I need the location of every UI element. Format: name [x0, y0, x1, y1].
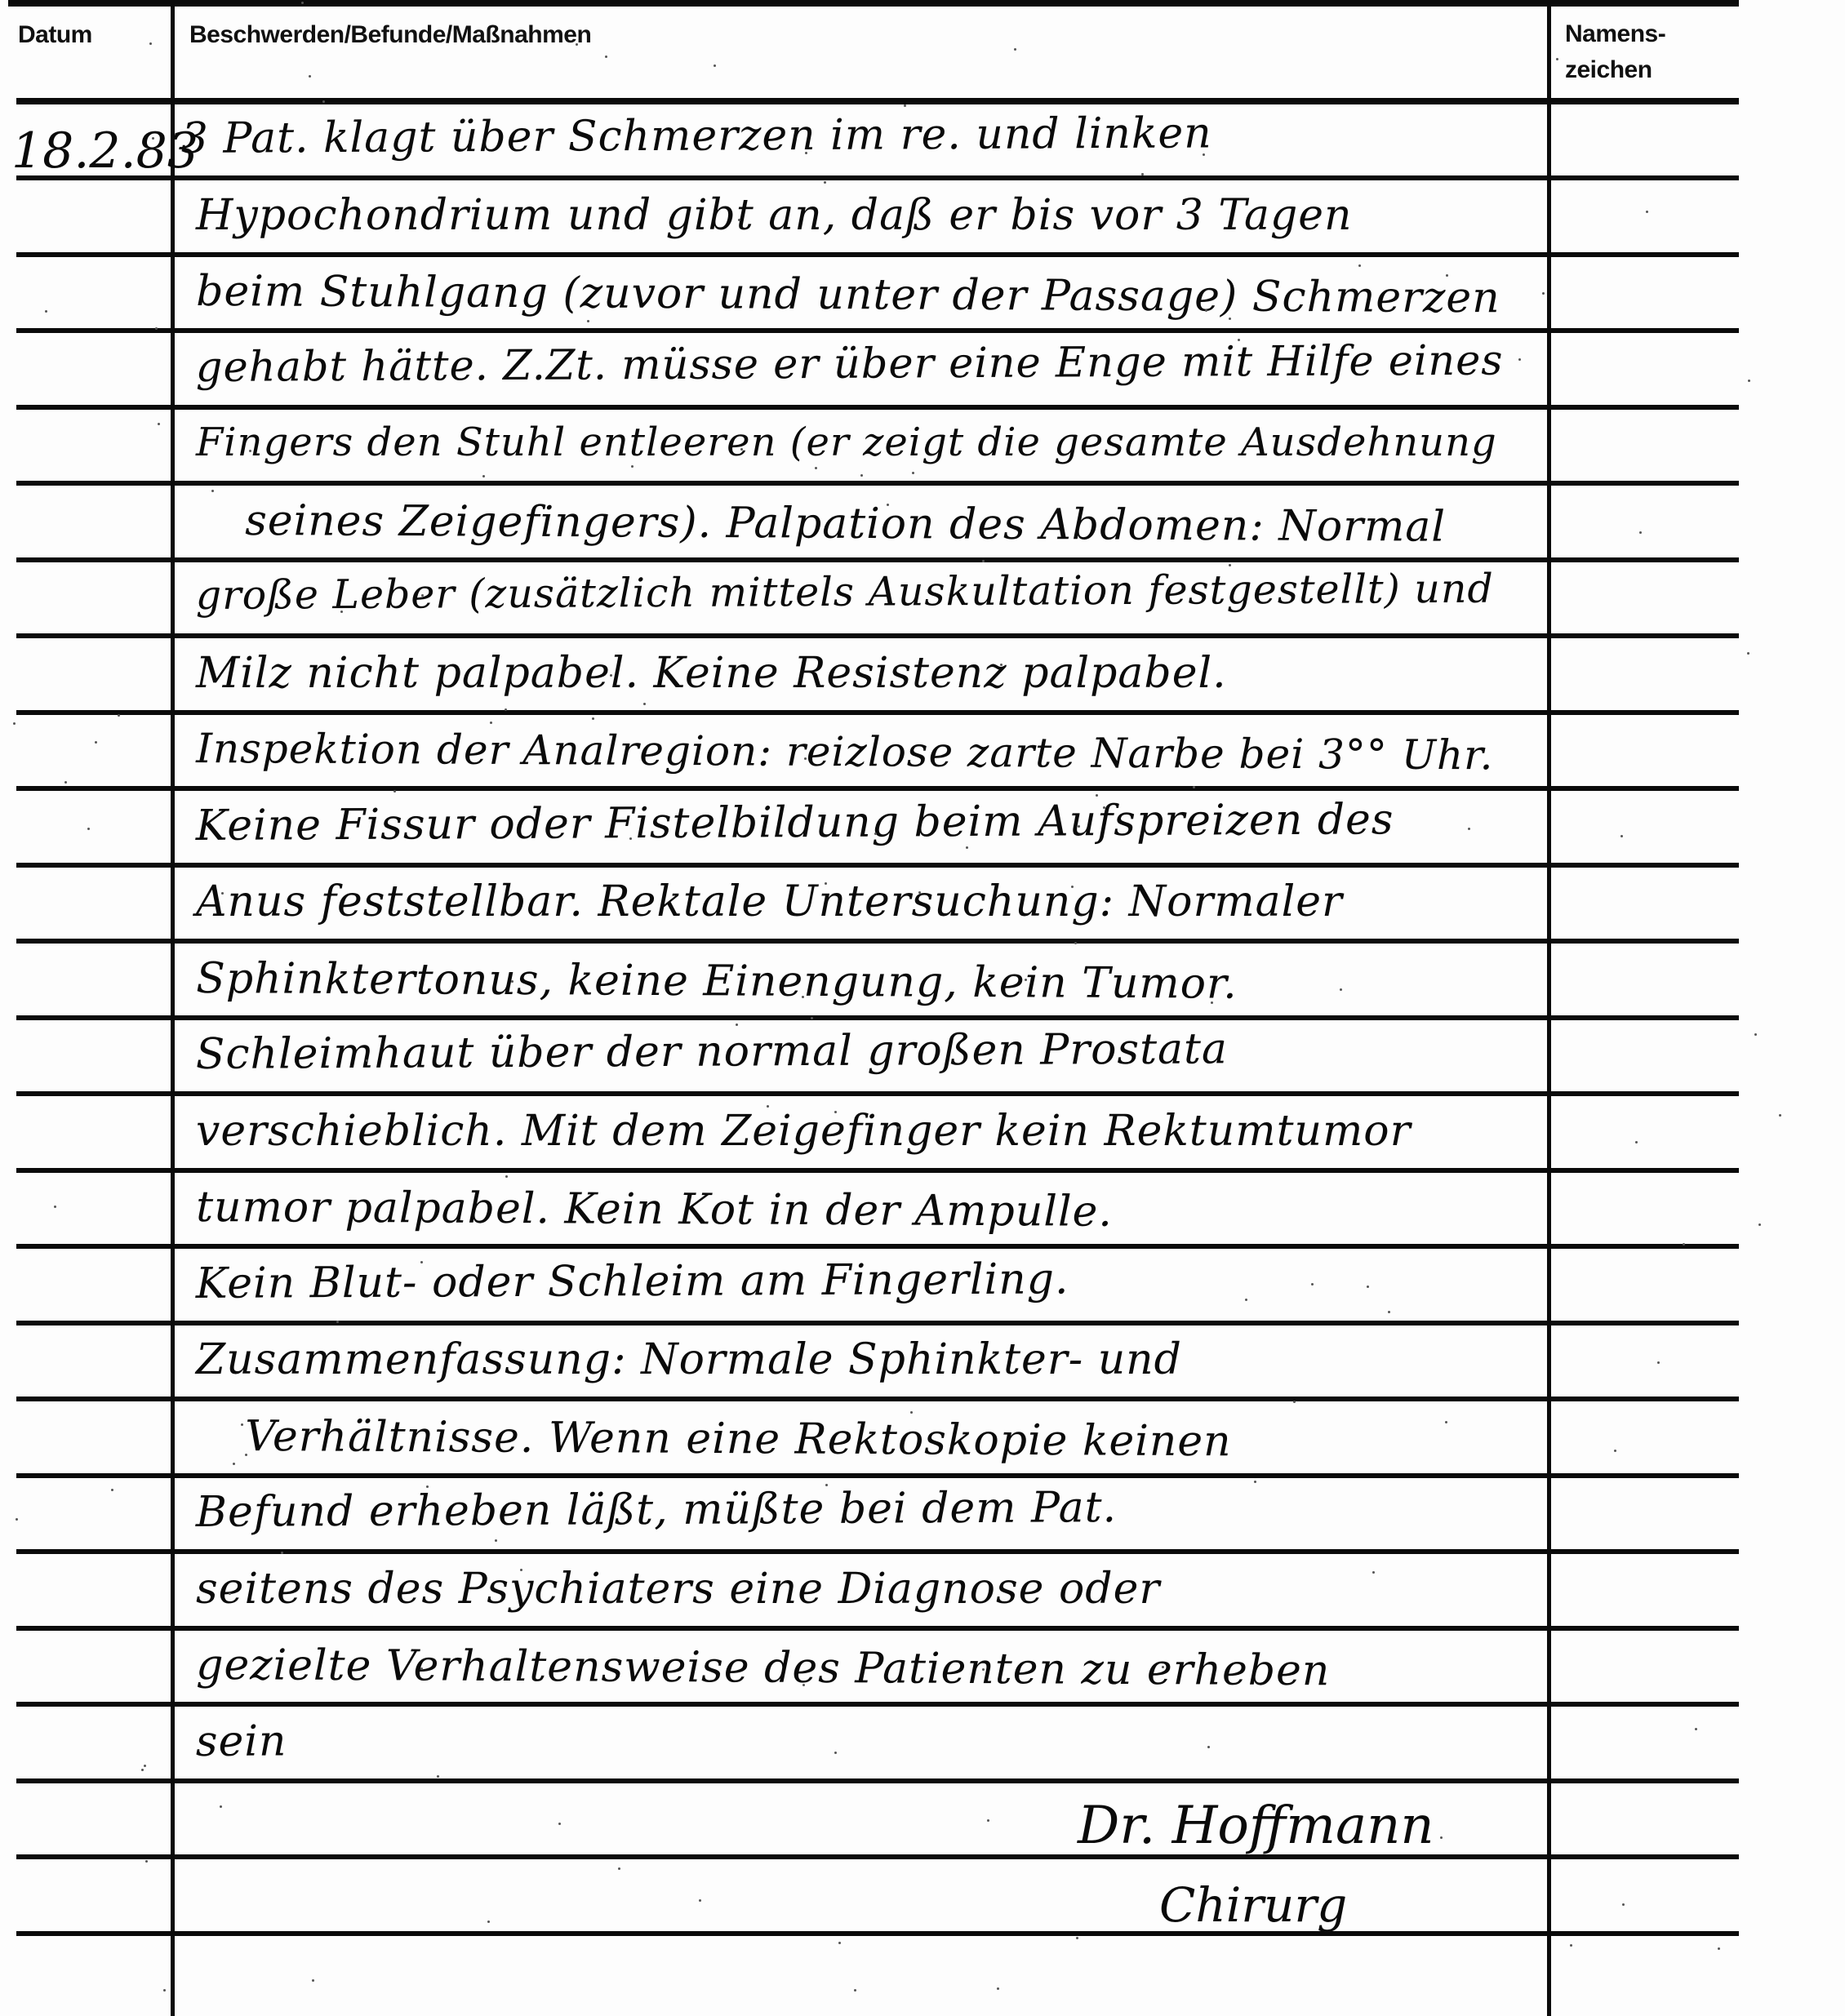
- scan-speck: [631, 465, 634, 468]
- scan-speck: [1074, 942, 1077, 944]
- handwritten-line: gehabt hätte. Z.Zt. müsse er über eine E…: [196, 337, 1504, 392]
- scan-speck: [987, 1819, 989, 1822]
- scan-speck: [736, 1024, 738, 1026]
- scan-speck: [738, 219, 740, 221]
- scan-speck: [322, 100, 325, 103]
- scan-speck: [118, 714, 120, 717]
- ruled-line: [16, 557, 1739, 562]
- handwritten-line: 3 Pat. klagt über Schmerzen im re. und l…: [181, 109, 1212, 163]
- scan-speck: [1614, 1450, 1616, 1452]
- scan-speck: [643, 703, 646, 705]
- scan-speck: [1096, 794, 1098, 797]
- scan-speck: [610, 674, 612, 677]
- scan-speck: [144, 1765, 146, 1767]
- scan-speck: [834, 1111, 837, 1113]
- scan-speck: [1071, 886, 1074, 888]
- scan-speck: [834, 1752, 837, 1754]
- scan-speck: [1141, 173, 1144, 175]
- scan-speck: [1078, 825, 1080, 828]
- scan-speck: [1162, 1666, 1164, 1668]
- scan-speck: [1446, 274, 1448, 277]
- ruled-line: [16, 1931, 1739, 1936]
- scan-speck: [982, 560, 985, 562]
- scan-speck: [495, 1539, 497, 1542]
- signature-role: Chirurg: [1159, 1877, 1347, 1933]
- scan-speck: [152, 137, 154, 140]
- scan-speck: [1311, 1283, 1314, 1286]
- handwritten-line: Sphinktertonus, keine Einengung, kein Tu…: [196, 954, 1238, 1009]
- ruled-line: [16, 710, 1739, 715]
- ruled-line: [16, 633, 1739, 638]
- scan-speck: [1367, 1286, 1369, 1288]
- scan-speck: [1758, 1223, 1761, 1226]
- scan-speck: [1620, 835, 1623, 837]
- handwritten-line: Verhältnisse. Wenn eine Rektoskopie kein…: [245, 1412, 1232, 1466]
- scan-speck: [805, 152, 807, 154]
- scan-speck: [1205, 309, 1207, 312]
- top-border: [8, 0, 1739, 7]
- scan-speck: [163, 1989, 166, 1992]
- handwritten-line: Kein Blut- oder Schleim am Fingerling.: [196, 1254, 1069, 1308]
- date-column-divider: [171, 0, 175, 2016]
- handwritten-line: seitens des Psychiaters eine Diagnose od…: [196, 1565, 1160, 1614]
- ruled-line: [16, 1549, 1739, 1554]
- scan-speck: [1014, 48, 1016, 51]
- scan-speck: [804, 757, 807, 760]
- ruled-line: [16, 1321, 1739, 1325]
- scan-speck: [1718, 1947, 1720, 1950]
- scan-speck: [1570, 1944, 1572, 1947]
- scan-speck: [1025, 979, 1027, 981]
- scan-speck: [1238, 339, 1240, 341]
- scan-speck: [420, 1667, 423, 1670]
- scan-speck: [45, 310, 47, 313]
- scan-speck: [301, 2, 304, 4]
- scan-speck: [838, 1942, 841, 1944]
- scan-speck: [141, 1769, 144, 1771]
- scan-speck: [1695, 1728, 1697, 1730]
- scan-speck: [437, 1775, 439, 1778]
- scan-speck: [605, 56, 607, 58]
- ruled-line: [16, 1244, 1739, 1249]
- scan-speck: [714, 64, 716, 67]
- scan-speck: [740, 448, 743, 451]
- scan-speck: [487, 1921, 490, 1923]
- scan-speck: [249, 450, 251, 452]
- scan-speck: [802, 996, 804, 998]
- scan-speck: [1076, 1937, 1078, 1939]
- scan-speck: [966, 846, 968, 849]
- scan-speck: [1622, 1903, 1625, 1906]
- scan-speck: [587, 320, 589, 322]
- handwritten-line: seines Zeigefingers). Palpation des Abdo…: [245, 496, 1446, 552]
- scan-speck: [802, 1684, 805, 1686]
- scan-speck: [95, 741, 97, 744]
- scan-speck: [592, 717, 594, 720]
- handwritten-line: Hypochondrium und gibt an, daß er bis vo…: [196, 191, 1353, 240]
- scan-speck: [54, 1206, 56, 1208]
- scan-speck: [233, 1463, 235, 1465]
- header-signature-line1: Namens-: [1565, 16, 1665, 52]
- ruled-line: [16, 1091, 1739, 1096]
- scan-speck: [1468, 828, 1470, 830]
- scan-speck: [811, 1017, 813, 1019]
- scan-speck: [854, 1989, 856, 1992]
- handwritten-line: tumor palpabel. Kein Kot in der Ampulle.: [196, 1183, 1113, 1237]
- medical-record-sheet: Datum Beschwerden/Befunde/Maßnahmen Name…: [0, 0, 1845, 2016]
- scan-speck: [155, 327, 158, 330]
- scan-speck: [312, 1979, 314, 1982]
- handwritten-line: Schleimhaut über der normal großen Prost…: [196, 1024, 1228, 1079]
- scan-speck: [767, 1105, 769, 1108]
- scan-speck: [505, 708, 507, 711]
- scan-speck: [1372, 1571, 1375, 1574]
- scan-speck: [1646, 211, 1648, 213]
- handwritten-line: Fingers den Stuhl entleeren (er zeigt di…: [196, 420, 1497, 465]
- scan-speck: [490, 722, 492, 724]
- scan-speck: [1293, 1401, 1296, 1403]
- handwritten-line: gezielte Verhaltensweise des Patienten z…: [196, 1641, 1331, 1695]
- scan-speck: [982, 1668, 985, 1671]
- scan-speck: [824, 181, 826, 184]
- header-date: Datum: [18, 21, 92, 49]
- ruled-line: [16, 939, 1739, 944]
- scan-speck: [149, 42, 152, 45]
- scan-speck: [366, 1059, 368, 1062]
- scan-speck: [511, 980, 513, 983]
- scan-speck: [558, 1823, 561, 1825]
- signature-name: Dr. Hoffmann: [1078, 1796, 1434, 1856]
- ruled-line: [16, 328, 1739, 333]
- scan-speck: [860, 474, 863, 477]
- scan-speck: [1203, 153, 1205, 156]
- handwritten-line: Zusammenfassung: Normale Sphinkter- und: [196, 1335, 1182, 1384]
- scan-speck: [1657, 1361, 1660, 1364]
- handwritten-line: sein: [196, 1716, 287, 1766]
- header-signature: Namens- zeichen: [1565, 16, 1665, 88]
- scan-speck: [1683, 1243, 1685, 1246]
- scan-speck: [87, 828, 90, 830]
- ruled-line: [16, 1854, 1739, 1859]
- scan-speck: [825, 1484, 828, 1486]
- scan-speck: [1779, 1114, 1781, 1117]
- scan-speck: [1754, 1033, 1757, 1036]
- scan-speck: [520, 1569, 522, 1571]
- scan-speck: [1229, 564, 1231, 566]
- scan-speck: [13, 722, 16, 725]
- ruled-line: [16, 481, 1739, 486]
- scan-speck: [1207, 1746, 1210, 1748]
- handwritten-line: Befund erheben läßt, müßte bei dem Pat.: [196, 1483, 1118, 1537]
- scan-speck: [918, 891, 921, 894]
- scan-speck: [1518, 358, 1521, 361]
- scan-speck: [910, 1411, 913, 1414]
- scan-speck: [505, 1175, 508, 1178]
- scan-speck: [997, 1987, 999, 1990]
- ruled-line: [16, 1778, 1739, 1783]
- ruled-line: [16, 1168, 1739, 1173]
- ruled-line: [16, 252, 1739, 257]
- scan-speck: [1254, 1481, 1256, 1483]
- signature-column-divider: [1547, 0, 1551, 2016]
- scan-speck: [887, 504, 889, 506]
- scan-speck: [420, 1261, 423, 1263]
- ruled-line: [16, 175, 1739, 180]
- entry-date: 18.2.83: [11, 122, 198, 180]
- scan-speck: [245, 1454, 247, 1456]
- scan-speck: [897, 1126, 900, 1129]
- handwritten-line: Anus feststellbar. Rektale Untersuchung:…: [196, 877, 1343, 926]
- scan-speck: [1193, 786, 1195, 788]
- ruled-line: [16, 1473, 1739, 1478]
- scan-speck: [281, 1552, 283, 1554]
- scan-speck: [1639, 531, 1642, 534]
- scan-speck: [220, 1805, 222, 1808]
- scan-speck: [629, 837, 632, 840]
- handwritten-line: Milz nicht palpabel. Keine Resistenz pal…: [196, 649, 1227, 698]
- scan-speck: [1556, 58, 1558, 60]
- scan-speck: [1388, 1311, 1390, 1313]
- scan-speck: [1747, 652, 1749, 655]
- scan-speck: [1748, 380, 1750, 382]
- scan-speck: [111, 1489, 113, 1491]
- handwritten-line: Inspektion der Analregion: reizlose zart…: [196, 725, 1494, 779]
- handwritten-line: beim Stuhlgang (zuvor und unter der Pass…: [196, 267, 1500, 322]
- scan-speck: [576, 43, 578, 46]
- scan-speck: [241, 1423, 243, 1426]
- scan-speck: [336, 1321, 339, 1323]
- scan-speck: [16, 1518, 18, 1521]
- scan-speck: [309, 75, 311, 78]
- scan-speck: [912, 472, 914, 474]
- scan-speck: [1103, 806, 1105, 809]
- scan-speck: [1000, 664, 1003, 666]
- header-signature-line2: zeichen: [1565, 52, 1665, 88]
- scan-speck: [393, 790, 396, 793]
- scan-speck: [229, 1592, 231, 1595]
- scan-speck: [1245, 1299, 1247, 1301]
- handwritten-line: Keine Fissur oder Fistelbildung beim Auf…: [196, 795, 1394, 850]
- scan-speck: [64, 781, 67, 784]
- scan-speck: [825, 882, 827, 885]
- ruled-line: [16, 786, 1739, 791]
- scan-speck: [1229, 317, 1231, 320]
- scan-speck: [1340, 988, 1342, 991]
- scan-speck: [426, 1485, 429, 1488]
- ruled-line: [16, 405, 1739, 410]
- scan-speck: [1635, 1141, 1638, 1143]
- scan-speck: [482, 475, 485, 477]
- scan-speck: [1445, 1421, 1447, 1423]
- scan-speck: [211, 490, 214, 492]
- scan-speck: [618, 1867, 620, 1870]
- ruled-line: [16, 863, 1739, 868]
- scan-speck: [421, 594, 424, 597]
- scan-speck: [815, 467, 817, 469]
- scan-speck: [874, 833, 877, 835]
- scan-speck: [1211, 1001, 1213, 1004]
- ruled-line: [16, 1626, 1739, 1631]
- scan-speck: [1358, 264, 1361, 267]
- scan-speck: [145, 1860, 148, 1863]
- handwritten-line: verschieblich. Mit dem Zeigefinger kein …: [196, 1107, 1411, 1156]
- scan-speck: [340, 611, 343, 613]
- header-entries: Beschwerden/Befunde/Maßnahmen: [189, 21, 591, 49]
- handwritten-line: große Leber (zusätzlich mittels Auskulta…: [196, 566, 1494, 619]
- scan-speck: [699, 1899, 701, 1902]
- ruled-line: [16, 1015, 1739, 1020]
- ruled-line: [16, 1702, 1739, 1707]
- ruled-line: [16, 1397, 1739, 1401]
- scan-speck: [158, 423, 160, 425]
- scan-speck: [1440, 1836, 1443, 1839]
- scan-speck: [221, 892, 224, 895]
- header-divider: [16, 98, 1739, 104]
- scan-speck: [904, 104, 906, 107]
- scan-speck: [1542, 292, 1545, 295]
